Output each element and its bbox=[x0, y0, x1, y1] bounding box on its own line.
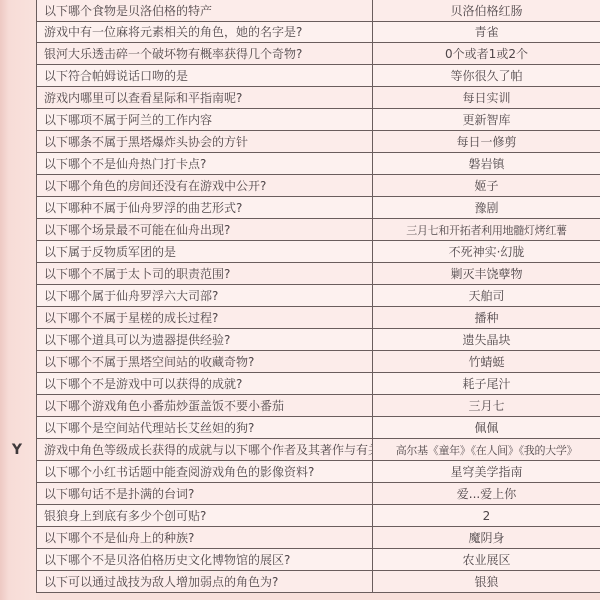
answer-cell: 耗子尾汁 bbox=[373, 373, 600, 394]
table-row: 银狼身上到底有多少个创可贴? 2 bbox=[37, 505, 600, 527]
table-row: 以下哪个角色的房间还没有在游戏中公开? 姬子 bbox=[37, 175, 600, 197]
answer-cell: 0个或者1或2个 bbox=[373, 43, 600, 64]
answer-cell: 不死神实·幻胧 bbox=[373, 241, 600, 262]
table-row: 以下哪个游戏角色小番茄炒蛋盖饭不要小番茄 三月七 bbox=[37, 395, 600, 417]
table-row: 以下哪个食物是贝洛伯格的特产 贝洛伯格红肠 bbox=[37, 0, 600, 22]
question-cell: 以下哪句话不是扑满的台词? bbox=[37, 483, 373, 504]
answer-cell: 播种 bbox=[373, 307, 600, 328]
question-cell: 以下哪个食物是贝洛伯格的特产 bbox=[37, 0, 373, 21]
question-cell: 以下可以通过战技为敌人增加弱点的角色为? bbox=[37, 571, 373, 592]
table-row: 以下哪项不属于阿兰的工作内容 更新智库 bbox=[37, 109, 600, 131]
answer-cell: 豫剧 bbox=[373, 197, 600, 218]
answer-cell: 农业展区 bbox=[373, 549, 600, 570]
question-cell: 以下哪个不是贝洛伯格历史文化博物馆的展区? bbox=[37, 549, 373, 570]
answer-cell: 2 bbox=[373, 505, 600, 526]
table-row: 以下可以通过战技为敌人增加弱点的角色为? 银狼 bbox=[37, 571, 600, 593]
answer-cell: 爱...爱上你 bbox=[373, 483, 600, 504]
table-row: 以下哪个小红书话题中能查阅游戏角色的影像资料? 星穹美学指南 bbox=[37, 461, 600, 483]
answer-cell: 佩佩 bbox=[373, 417, 600, 438]
answer-cell: 磐岩镇 bbox=[373, 153, 600, 174]
question-cell: 以下哪个场景最不可能在仙舟出现? bbox=[37, 219, 373, 240]
table-row: 以下哪条不属于黑塔爆炸头协会的方针 每日一修剪 bbox=[37, 131, 600, 153]
question-cell: 以下属于反物质军团的是 bbox=[37, 241, 373, 262]
table-row: 以下哪个不属于太卜司的职责范围? 剿灭丰饶孽物 bbox=[37, 263, 600, 285]
table-row: 以下哪句话不是扑满的台词? 爱...爱上你 bbox=[37, 483, 600, 505]
answer-cell: 等你很久了帕 bbox=[373, 65, 600, 86]
question-cell: 以下哪个游戏角色小番茄炒蛋盖饭不要小番茄 bbox=[37, 395, 373, 416]
answer-cell: 竹蜻蜓 bbox=[373, 351, 600, 372]
table-row: 以下哪个不是仙舟热门打卡点? 磐岩镇 bbox=[37, 153, 600, 175]
table-row: 以下属于反物质军团的是 不死神实·幻胧 bbox=[37, 241, 600, 263]
table-row: 以下哪个场景最不可能在仙舟出现? 三月七和开拓者利用地髓灯烤红薯 bbox=[37, 219, 600, 241]
table-row: 以下哪个不是贝洛伯格历史文化博物馆的展区? 农业展区 bbox=[37, 549, 600, 571]
table-row: 游戏中角色等级成长获得的成就与以下哪个作者及其著作与有关? 高尔基《童年》《在人… bbox=[37, 439, 600, 461]
answer-cell: 每日实训 bbox=[373, 87, 600, 108]
question-cell: 以下哪种不属于仙舟罗浮的曲艺形式? bbox=[37, 197, 373, 218]
table-row: 以下哪个不是游戏中可以获得的成就? 耗子尾汁 bbox=[37, 373, 600, 395]
table-row: 银河大乐透击碎一个破坏物有概率获得几个奇物? 0个或者1或2个 bbox=[37, 43, 600, 65]
answer-cell: 更新智库 bbox=[373, 109, 600, 130]
answer-cell: 星穹美学指南 bbox=[373, 461, 600, 482]
question-cell: 游戏中角色等级成长获得的成就与以下哪个作者及其著作与有关? bbox=[37, 439, 373, 460]
answer-cell: 每日一修剪 bbox=[373, 131, 600, 152]
question-cell: 以下哪个道具可以为遗器提供经验? bbox=[37, 329, 373, 350]
answer-cell: 遗失晶块 bbox=[373, 329, 600, 350]
table-row: 以下符合帕姆说话口吻的是 等你很久了帕 bbox=[37, 65, 600, 87]
left-margin bbox=[0, 0, 36, 600]
table-row: 以下哪个属于仙舟罗浮六大司部? 天舶司 bbox=[37, 285, 600, 307]
question-cell: 游戏内哪里可以查看星际和平指南呢? bbox=[37, 87, 373, 108]
row-marker-y: Y bbox=[0, 442, 34, 458]
question-cell: 以下哪个不属于太卜司的职责范围? bbox=[37, 263, 373, 284]
question-cell: 游戏中有一位麻将元素相关的角色，她的名字是? bbox=[37, 22, 373, 43]
answer-cell: 天舶司 bbox=[373, 285, 600, 306]
table-row: 以下哪个不属于黑塔空间站的收藏奇物? 竹蜻蜓 bbox=[37, 351, 600, 373]
answer-cell: 姬子 bbox=[373, 175, 600, 196]
question-cell: 银河大乐透击碎一个破坏物有概率获得几个奇物? bbox=[37, 43, 373, 64]
answer-cell: 贝洛伯格红肠 bbox=[373, 0, 600, 21]
question-cell: 以下符合帕姆说话口吻的是 bbox=[37, 65, 373, 86]
answer-cell: 魔阴身 bbox=[373, 527, 600, 548]
question-cell: 银狼身上到底有多少个创可贴? bbox=[37, 505, 373, 526]
table-row: 以下哪个是空间站代理站长艾丝妲的狗? 佩佩 bbox=[37, 417, 600, 439]
question-cell: 以下哪个不是游戏中可以获得的成就? bbox=[37, 373, 373, 394]
question-cell: 以下哪项不属于阿兰的工作内容 bbox=[37, 109, 373, 130]
question-cell: 以下哪个小红书话题中能查阅游戏角色的影像资料? bbox=[37, 461, 373, 482]
table-row: 以下哪个不属于星槎的成长过程? 播种 bbox=[37, 307, 600, 329]
table-row: 游戏内哪里可以查看星际和平指南呢? 每日实训 bbox=[37, 87, 600, 109]
quiz-answer-sheet: { "page": { "background_color": "#f8e0db… bbox=[0, 0, 600, 600]
question-cell: 以下哪条不属于黑塔爆炸头协会的方针 bbox=[37, 131, 373, 152]
question-cell: 以下哪个不属于星槎的成长过程? bbox=[37, 307, 373, 328]
table-row: 以下哪种不属于仙舟罗浮的曲艺形式? 豫剧 bbox=[37, 197, 600, 219]
answer-cell: 高尔基《童年》《在人间》《我的大学》 bbox=[373, 439, 600, 460]
table-row: 游戏中有一位麻将元素相关的角色，她的名字是? 青雀 bbox=[37, 22, 600, 44]
quiz-answer-table: 以下哪个食物是贝洛伯格的特产 贝洛伯格红肠 游戏中有一位麻将元素相关的角色，她的… bbox=[36, 0, 600, 593]
question-cell: 以下哪个不是仙舟热门打卡点? bbox=[37, 153, 373, 174]
question-cell: 以下哪个不属于黑塔空间站的收藏奇物? bbox=[37, 351, 373, 372]
answer-cell: 三月七和开拓者利用地髓灯烤红薯 bbox=[373, 219, 600, 240]
answer-cell: 三月七 bbox=[373, 395, 600, 416]
question-cell: 以下哪个是空间站代理站长艾丝妲的狗? bbox=[37, 417, 373, 438]
answer-cell: 青雀 bbox=[373, 22, 600, 43]
table-row: 以下哪个不是仙舟上的种族? 魔阴身 bbox=[37, 527, 600, 549]
question-cell: 以下哪个属于仙舟罗浮六大司部? bbox=[37, 285, 373, 306]
table-row: 以下哪个道具可以为遗器提供经验? 遗失晶块 bbox=[37, 329, 600, 351]
question-cell: 以下哪个角色的房间还没有在游戏中公开? bbox=[37, 175, 373, 196]
answer-cell: 银狼 bbox=[373, 571, 600, 592]
question-cell: 以下哪个不是仙舟上的种族? bbox=[37, 527, 373, 548]
answer-cell: 剿灭丰饶孽物 bbox=[373, 263, 600, 284]
